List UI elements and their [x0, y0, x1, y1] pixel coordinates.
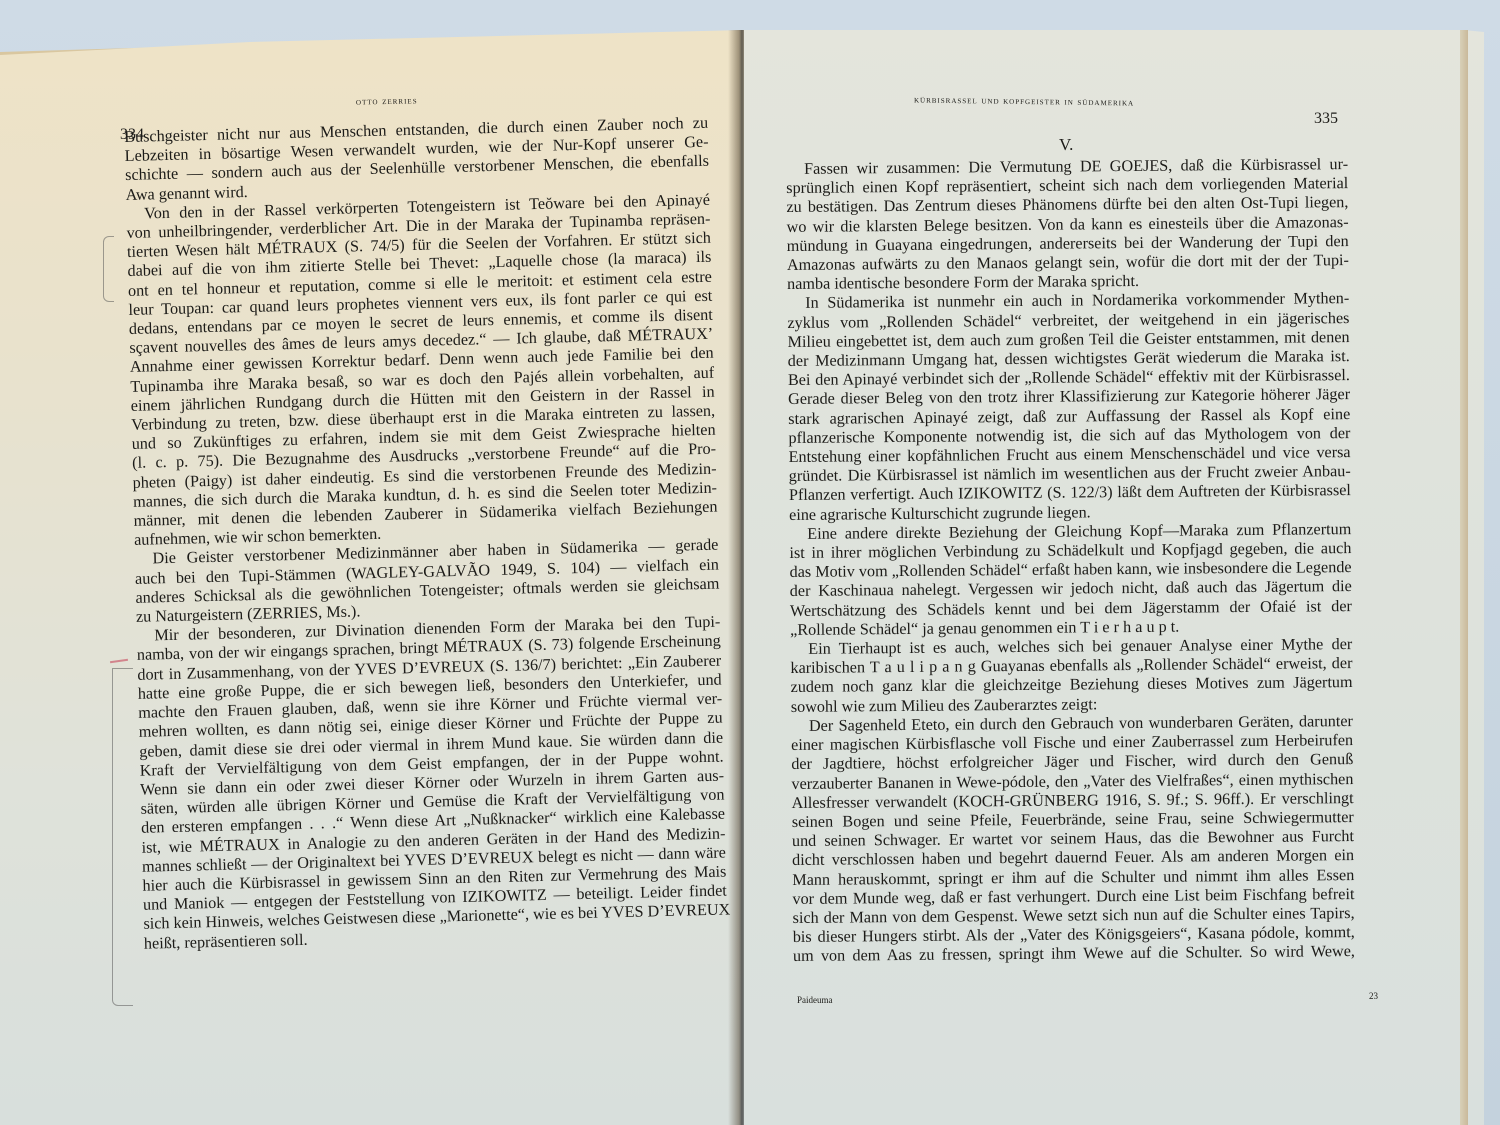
right-page: KÜRBISRASSEL UND KOPFGEISTER IN SÜDAMERI…	[744, 0, 1484, 1125]
right-running-head: KÜRBISRASSEL UND KOPFGEISTER IN SÜDAMERI…	[914, 94, 1134, 108]
left-page: OTTO ZERRIES 334 Buschgeister nicht nur …	[0, 0, 744, 1125]
red-margin-mark	[110, 659, 128, 663]
footer-sheet-number: 23	[1369, 991, 1378, 1001]
text-line: um von dem Aas zu fressen, springt ihm W…	[793, 942, 1355, 966]
footer-signature: Paideuma	[797, 995, 833, 1005]
page-stack-edge	[1460, 30, 1468, 1125]
pencil-margin-bracket	[112, 668, 133, 1006]
right-page-number: 335	[1314, 110, 1338, 128]
open-book: OTTO ZERRIES 334 Buschgeister nicht nur …	[0, 0, 1500, 1125]
left-running-head: OTTO ZERRIES	[356, 95, 418, 107]
section-number: V.	[1059, 135, 1073, 155]
pencil-margin-mark	[103, 236, 114, 302]
right-page-body: Fassen wir zusammen: Die Vermutung DE GO…	[786, 155, 1355, 966]
left-page-body: Buschgeister nicht nur aus Menschen ents…	[124, 114, 728, 954]
